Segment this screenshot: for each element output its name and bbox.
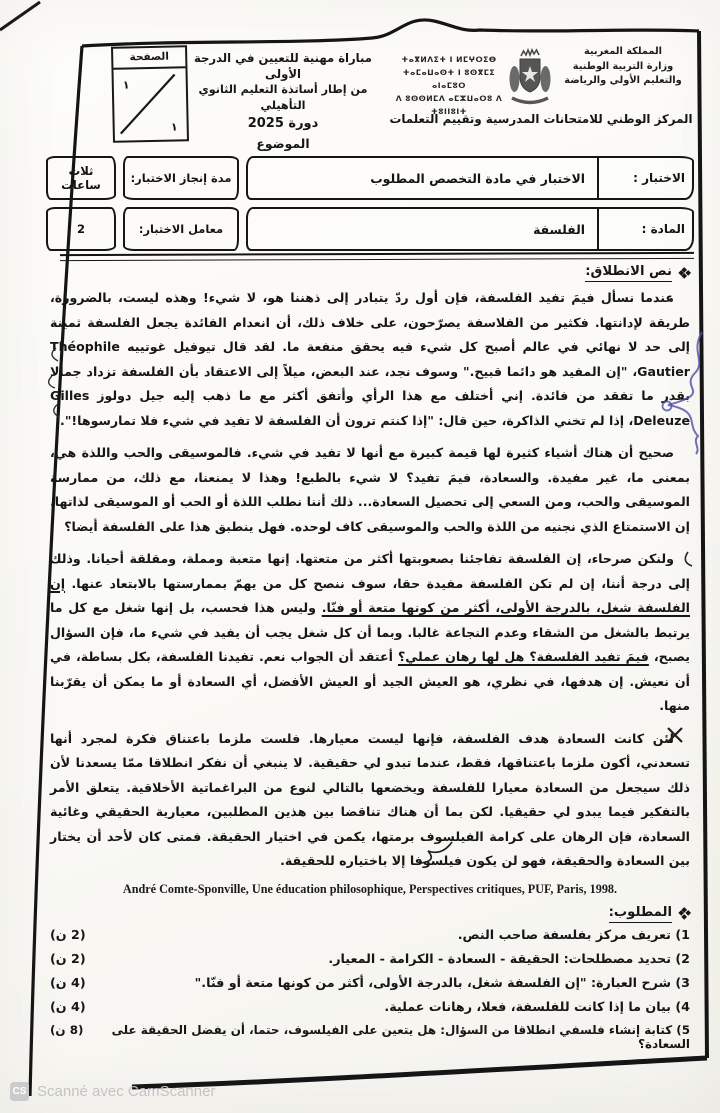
question-text: 4) بيان ما إذا كانت للفلسفة، فعلا، رهانا…: [384, 999, 690, 1014]
camscanner-watermark: CS Scanné avec CamScanner: [10, 1082, 215, 1101]
ministry-line-3: والتعليم الأولي والرياضة: [552, 74, 694, 89]
question-row: 5) كتابة إنشاء فلسفي انطلاقا من السؤال: …: [50, 1023, 690, 1051]
diamond-bullet-icon: [679, 908, 690, 919]
page-number-box: الصفحة ١ ١: [111, 45, 189, 143]
page-number-current: ١: [123, 78, 130, 91]
table-row-subject: المادة : الفلسفة معامل الاختبار: 2: [46, 207, 694, 251]
duration-label: مدة إنجاز الاختبار:: [123, 156, 239, 200]
question-row: 2) تحديد مصطلحات: الحقيقة - السعادة - ال…: [50, 951, 690, 966]
camscanner-cs-icon: CS: [10, 1082, 29, 1101]
exam-title-line2: من إطار أساتذة التعليم الثانوي التأهيلي: [192, 82, 374, 114]
question-text: 2) تحديد مصطلحات: الحقيقة - السعادة - ال…: [328, 951, 690, 966]
subject-value: الفلسفة: [248, 209, 597, 249]
table-row-exam: الاختبار : الاختبار في مادة التخصص المطل…: [46, 156, 694, 200]
subject-label: المادة :: [597, 209, 692, 249]
question-mark: (8 ن): [50, 1023, 83, 1037]
exam-info-table: الاختبار : الاختبار في مادة التخصص المطل…: [46, 156, 694, 258]
ministry-arabic-block: المملكة المغربية وزارة التربية الوطنية و…: [552, 45, 694, 89]
moroccan-coat-of-arms-icon: [508, 48, 552, 108]
subject-cell: المادة : الفلسفة: [246, 207, 694, 251]
page-number-box-title: الصفحة: [113, 47, 185, 70]
questions-heading: المطلوب:: [50, 905, 690, 923]
question-mark: (4 ن): [50, 975, 86, 990]
question-text: 5) كتابة إنشاء فلسفي انطلاقا من السؤال: …: [97, 1023, 690, 1051]
tifinagh-line-2: ⵜⴰⵎⴰⵡⴰⵙⵜ ⵏ ⵓⵙⴳⵎⵉ ⴰⵏⴰⵎⵓⵔ: [392, 66, 506, 92]
paragraph-2: صحيح أن هناك أشياء كثيرة لها قيمة كبيرة …: [50, 441, 690, 539]
coefficient-label: معامل الاختبار:: [123, 207, 239, 251]
paragraph-1: عندما نسأل فيمَ تفيد الفلسفة، فإن أول رد…: [50, 286, 690, 433]
question-text: 1) تعريف مركز بفلسفة صاحب النص.: [458, 927, 690, 942]
exam-subject-label: الموضوع: [192, 134, 374, 153]
duration-value: ثلاث ساعات: [46, 156, 116, 200]
paragraph-4: لئن كانت السعادة هدف الفلسفة، فإنها ليست…: [50, 727, 690, 874]
ministry-line-2: وزارة التربية الوطنية: [552, 60, 694, 75]
page-number-total: ١: [171, 120, 178, 133]
exam-title-block: مباراة مهنية للتعيين في الدرجة الأولى من…: [192, 50, 374, 153]
diamond-bullet-icon: [679, 268, 690, 279]
question-text: 3) شرح العبارة: "إن الفلسفة شغل، بالدرجة…: [195, 975, 690, 990]
question-row: 1) تعريف مركز بفلسفة صاحب النص. (2 ن): [50, 927, 690, 942]
exam-center-name: المركز الوطني للامتحانات المدرسية وتقييم…: [388, 112, 694, 126]
question-mark: (4 ن): [50, 999, 86, 1014]
question-mark: (2 ن): [50, 927, 86, 942]
watermark-text: Scanné avec CamScanner: [37, 1083, 215, 1100]
paragraph-3: ولنكن صرحاء، إن الفلسفة تفاجئنا بصعوبتها…: [50, 547, 690, 719]
page-number-box-body: ١ ١: [113, 68, 186, 138]
source-text-heading: نص الانطلاق:: [50, 264, 690, 282]
exam-title-line1: مباراة مهنية للتعيين في الدرجة الأولى: [192, 50, 374, 82]
ministry-line-1: المملكة المغربية: [552, 45, 694, 60]
exam-cell: الاختبار : الاختبار في مادة التخصص المطل…: [246, 156, 694, 200]
exam-session: دورة 2025: [192, 114, 374, 134]
source-text-title: نص الانطلاق:: [585, 264, 672, 282]
tifinagh-line-1: ⵜⴰⴳⵍⴷⵉⵜ ⵏ ⵍⵎⵖⵔⵉⴱ: [392, 53, 506, 66]
paragraph-3-underlined-question: فيمَ تفيد الفلسفة؟ هل لها رهان عملي؟: [398, 649, 649, 664]
question-row: 3) شرح العبارة: "إن الفلسفة شغل، بالدرجة…: [50, 975, 690, 990]
paragraph-3-text: ولنكن صرحاء، إن الفلسفة تفاجئنا بصعوبتها…: [50, 551, 690, 591]
exam-label: الاختبار :: [597, 158, 692, 198]
source-citation: André Comte-Sponville, Une éducation phi…: [50, 882, 690, 897]
question-mark: (2 ن): [50, 951, 86, 966]
document-body: نص الانطلاق: عندما نسأل فيمَ تفيد الفلسف…: [50, 264, 690, 1060]
tifinagh-block: ⵜⴰⴳⵍⴷⵉⵜ ⵏ ⵍⵎⵖⵔⵉⴱ ⵜⴰⵎⴰⵡⴰⵙⵜ ⵏ ⵓⵙⴳⵎⵉ ⴰⵏⴰⵎⵓⵔ…: [392, 53, 506, 118]
questions-title: المطلوب:: [609, 905, 672, 923]
question-row: 4) بيان ما إذا كانت للفلسفة، فعلا، رهانا…: [50, 999, 690, 1014]
exam-value: الاختبار في مادة التخصص المطلوب: [248, 158, 597, 198]
coefficient-value: 2: [46, 207, 116, 251]
